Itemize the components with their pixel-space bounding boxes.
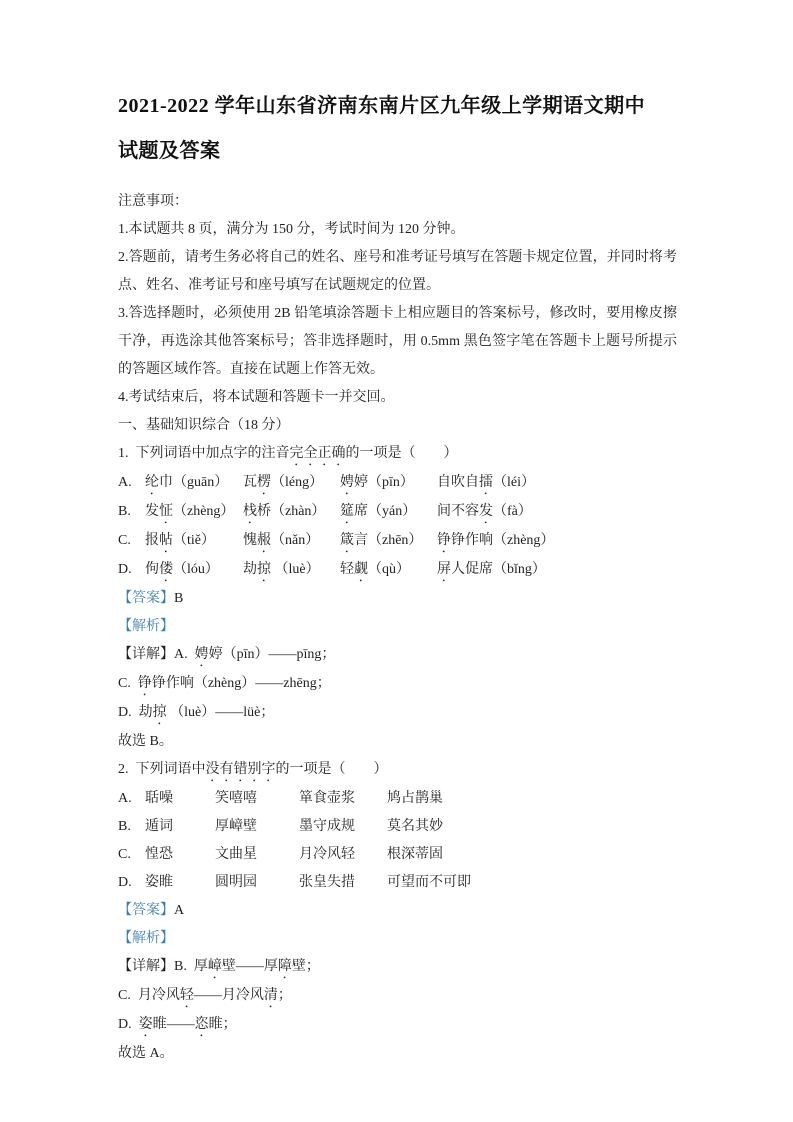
q2-option-d: D. 姿睢 圆明园 张皇失措 可望而不可即 (118, 869, 677, 897)
q1-option-d-word-1: 佝偻（lóu） (145, 556, 243, 585)
q1-option-d-word-4: 屏人促席（bǐng） (437, 556, 677, 585)
q2-answer-line: 【答案】A (118, 897, 677, 925)
q1-option-a-word-2: 瓦楞（léng） (243, 469, 340, 498)
notice-item-1: 1.本试题共 8 页，满分为 150 分，考试时间为 120 分钟。 (118, 216, 677, 244)
q1-option-b: B. 发怔（zhèng） 栈桥（zhàn） 筵席（yán） 间不容发（fà） (118, 498, 677, 527)
q1-option-c-word-2: 愧赧（nǎn） (243, 527, 340, 556)
q1-answer-line: 【答案】B (118, 585, 677, 613)
notice-item-3: 3.答选择题时，必须使用 2B 铅笔填涂答题卡上相应题目的答案标号，修改时，要用… (118, 300, 677, 384)
q2-option-a-word-1: 聒噪 (145, 785, 215, 813)
notice-item-2: 2.答题前，请考生务必将自己的姓名、座号和准考证号填写在答题卡规定位置，并同时将… (118, 244, 677, 300)
q1-detail-tag: 【详解】 (118, 647, 174, 662)
q2-option-c-word-2: 文曲星 (215, 841, 299, 869)
q1-analysis-tag: 【解析】 (118, 619, 174, 634)
q2-option-d-word-1: 姿睢 (145, 869, 215, 897)
q2-option-b: B. 遁词 厚嶂壁 墨守成规 莫名其妙 (118, 813, 677, 841)
q1-option-c-word-3: 箴言（zhēn） (340, 527, 437, 556)
page-title: 2021-2022 学年山东省济南东南片区九年级上学期语文期中 试题及答案 (118, 84, 677, 174)
q1-detail-line-2: C. 铮铮作响（zhèng）——zhēng； (118, 670, 677, 699)
q2-option-c-label: C. (118, 841, 145, 869)
q2-option-c-word-3: 月冷风轻 (299, 841, 387, 869)
q2-option-a-word-4: 鸠占鹊巢 (387, 785, 677, 813)
q1-answer-tag: 【答案】 (118, 591, 174, 606)
q2-option-c-word-1: 惶恐 (145, 841, 215, 869)
q2-option-d-word-4: 可望而不可即 (387, 869, 677, 897)
q1-option-b-label: B. (118, 498, 145, 527)
q1-option-b-word-1: 发怔（zhèng） (145, 498, 243, 527)
q1-option-d-word-3: 轻觑（qù） (340, 556, 437, 585)
q2-detail-line-2: C. 月冷风轻——月冷风清； (118, 982, 677, 1011)
q2-option-d-word-3: 张皇失措 (299, 869, 387, 897)
q1-option-d: D. 佝偻（lóu） 劫掠 （luè） 轻觑（qù） 屏人促席（bǐng） (118, 556, 677, 585)
q1-stem: 1. 下列词语中加点字的注音完全正确的一项是（ ） (118, 440, 677, 469)
q2-option-a-word-2: 笑嘻嘻 (215, 785, 299, 813)
q2-option-a-word-3: 箪食壶浆 (299, 785, 387, 813)
q2-analysis-tag: 【解析】 (118, 931, 174, 946)
q2-option-b-word-3: 墨守成规 (299, 813, 387, 841)
q2-detail-line-1: 【详解】B. 厚嶂壁——厚障壁； (118, 953, 677, 982)
q1-option-a-label: A. (118, 469, 145, 498)
q1-option-b-word-3: 筵席（yán） (340, 498, 437, 527)
q1-option-d-word-2: 劫掠 （luè） (243, 556, 340, 585)
q2-option-b-word-2: 厚嶂壁 (215, 813, 299, 841)
q1-detail-line-1: 【详解】A. 娉婷（pīn）——pīng； (118, 641, 677, 670)
q2-option-d-word-2: 圆明园 (215, 869, 299, 897)
q1-answer-value: B (174, 591, 183, 606)
document-page: 2021-2022 学年山东省济南东南片区九年级上学期语文期中 试题及答案 注意… (0, 0, 793, 1122)
q1-option-b-word-2: 栈桥（zhàn） (243, 498, 340, 527)
q2-option-c-word-4: 根深蒂固 (387, 841, 677, 869)
q2-stem: 2. 下列词语中没有错别字的一项是（ ） (118, 756, 677, 785)
q2-detail-line-3: D. 姿睢——恣睢； (118, 1011, 677, 1040)
q2-option-b-word-1: 遁词 (145, 813, 215, 841)
section-heading: 一、基础知识综合（18 分） (118, 412, 677, 440)
title-line-2: 试题及答案 (118, 129, 677, 174)
q1-option-a-word-4: 自吹自擂（léi） (437, 469, 677, 498)
q1-option-c-word-4: 铮铮作响（zhèng） (437, 527, 677, 556)
q1-option-c-label: C. (118, 527, 145, 556)
q2-option-c: C. 惶恐 文曲星 月冷风轻 根深蒂固 (118, 841, 677, 869)
q1-detail-line-4: 故选 B。 (118, 728, 677, 756)
q2-analysis-line: 【解析】 (118, 925, 677, 953)
notice-item-4: 4.考试结束后，将本试题和答题卡一并交回。 (118, 384, 677, 412)
q2-detail-line-4: 故选 A。 (118, 1040, 677, 1068)
q1-detail-text-1: A. 娉婷（pīn）——pīng； (174, 647, 335, 662)
document-content: 2021-2022 学年山东省济南东南片区九年级上学期语文期中 试题及答案 注意… (0, 0, 793, 1068)
q2-answer-tag: 【答案】 (118, 903, 174, 918)
q2-option-b-word-4: 莫名其妙 (387, 813, 677, 841)
q2-detail-tag: 【详解】 (118, 959, 174, 974)
notice-heading: 注意事项： (118, 188, 677, 216)
q1-option-a-word-1: 纶巾（guān） (145, 469, 243, 498)
q2-option-b-label: B. (118, 813, 145, 841)
q1-option-a-word-3: 娉婷（pīn） (340, 469, 437, 498)
q2-option-d-label: D. (118, 869, 145, 897)
q1-option-b-word-4: 间不容发（fà） (437, 498, 677, 527)
q2-option-a-label: A. (118, 785, 145, 813)
q2-option-a: A. 聒噪 笑嘻嘻 箪食壶浆 鸠占鹊巢 (118, 785, 677, 813)
q1-option-d-label: D. (118, 556, 145, 585)
q1-option-c-word-1: 报帖（tiě） (145, 527, 243, 556)
q1-analysis-line: 【解析】 (118, 613, 677, 641)
title-line-1: 2021-2022 学年山东省济南东南片区九年级上学期语文期中 (118, 84, 677, 129)
q2-detail-text-1: B. 厚嶂壁——厚障壁； (174, 959, 320, 974)
q1-option-c: C. 报帖（tiě） 愧赧（nǎn） 箴言（zhēn） 铮铮作响（zhèng） (118, 527, 677, 556)
q1-detail-line-3: D. 劫掠 （luè）——lüè； (118, 699, 677, 728)
q1-option-a: A. 纶巾（guān） 瓦楞（léng） 娉婷（pīn） 自吹自擂（léi） (118, 469, 677, 498)
q2-answer-value: A (174, 903, 184, 918)
